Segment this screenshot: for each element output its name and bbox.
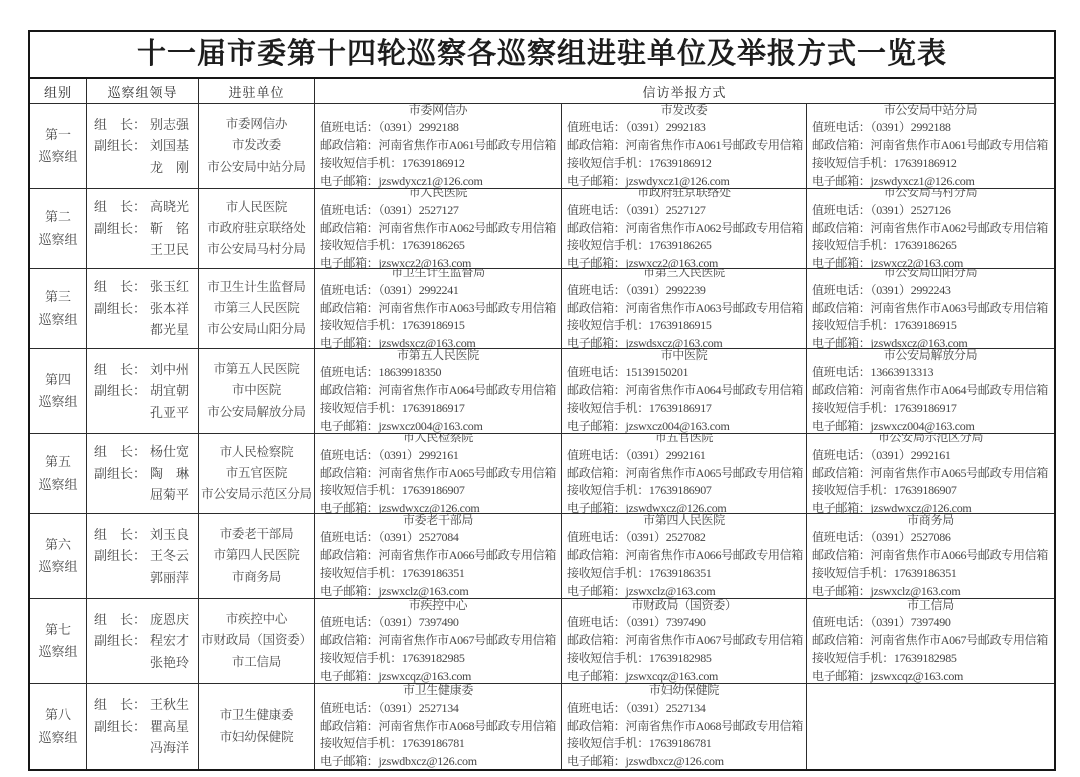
sms-value: 17639186917	[894, 401, 957, 415]
deputy-line: 龙 刚	[94, 157, 189, 178]
mail-label: 邮政信箱：	[320, 221, 379, 235]
contact-unit-name: 市委老干部局	[320, 514, 556, 529]
duty-phone-line: 值班电话：（0391）7397490	[567, 614, 801, 632]
duty-phone-line: 值班电话：（0391）2527086	[812, 529, 1049, 547]
group-name-line: 第八	[45, 704, 71, 726]
sms-value: 17639186265	[649, 238, 712, 252]
mail-value: 河南省焦作市A064号邮政专用信箱	[871, 383, 1049, 397]
group-name-line: 巡察组	[38, 391, 77, 413]
mail-value: 河南省焦作市A067号邮政专用信箱	[626, 633, 804, 647]
sms-value: 17639182985	[649, 651, 712, 665]
contact-cell: 市第三人民医院值班电话：（0391）2992239邮政信箱：河南省焦作市A063…	[562, 269, 807, 349]
phone-value: （0391）2992161	[379, 448, 459, 462]
phone-value: （0391）7397490	[379, 615, 459, 629]
sms-label: 接收短信手机：	[567, 566, 649, 580]
sms-label: 接收短信手机：	[812, 483, 894, 497]
phone-value: 18639918350	[379, 365, 442, 379]
email-label: 电子邮箱：	[567, 419, 626, 433]
phone-value: （0391）2992188	[379, 120, 459, 134]
units-cell: 市卫生健康委市妇幼保健院	[199, 684, 315, 769]
sms-phone-line: 接收短信手机：17639186907	[320, 482, 556, 500]
email-value: jzswdyxcz1@126.com	[626, 174, 730, 188]
postal-box-line: 邮政信箱：河南省焦作市A068号邮政专用信箱	[567, 718, 801, 736]
header-group: 组别	[30, 79, 87, 104]
sms-value: 17639186265	[894, 238, 957, 252]
stationed-unit-name: 市公安局解放分局	[207, 402, 305, 423]
mail-value: 河南省焦作市A062号邮政专用信箱	[379, 221, 557, 235]
phone-value: （0391）2992188	[871, 120, 951, 134]
stationed-unit-name: 市公安局示范区分局	[201, 484, 312, 505]
sms-value: 17639186907	[649, 483, 712, 497]
deputy-line: 屈菊平	[94, 484, 189, 505]
email-value: jzswdwxcz@126.com	[871, 501, 972, 514]
contact-cell: 市人民医院值班电话：（0391）2527127邮政信箱：河南省焦作市A062号邮…	[315, 189, 562, 269]
mail-label: 邮政信箱：	[812, 138, 871, 152]
contact-unit-name: 市公安局解放分局	[812, 349, 1049, 364]
group-name-line: 巡察组	[38, 474, 77, 496]
deputy-line: 张艳玲	[94, 652, 189, 673]
postal-box-line: 邮政信箱：河南省焦作市A066号邮政专用信箱	[320, 547, 556, 565]
units-cell: 市人民检察院市五官医院市公安局示范区分局	[199, 434, 315, 514]
sms-label: 接收短信手机：	[567, 651, 649, 665]
units-cell: 市卫生计生监督局市第三人民医院市公安局山阳分局	[199, 269, 315, 349]
duty-phone-line: 值班电话：（0391）7397490	[812, 614, 1049, 632]
sms-value: 17639182985	[894, 651, 957, 665]
sms-value: 17639186351	[894, 566, 957, 580]
duty-phone-line: 值班电话：（0391）2992241	[320, 282, 556, 300]
email-value: jzswxcz004@163.com	[379, 419, 483, 433]
sms-label: 接收短信手机：	[567, 401, 649, 415]
duty-phone-line: 值班电话：18639918350	[320, 364, 556, 382]
units-cell: 市委老干部局市第四人民医院市商务局	[199, 514, 315, 599]
sms-phone-line: 接收短信手机：17639182985	[567, 650, 801, 668]
sms-label: 接收短信手机：	[320, 318, 402, 332]
phone-label: 值班电话：	[567, 701, 626, 715]
contact-unit-name: 市财政局（国资委）	[567, 599, 801, 614]
leader-label: 组 长：	[94, 524, 150, 545]
sms-label: 接收短信手机：	[567, 483, 649, 497]
deputy-name: 冯海洋	[150, 740, 189, 755]
duty-phone-line: 值班电话：（0391）2527126	[812, 202, 1049, 220]
deputy-name: 胡宜朝	[150, 383, 189, 398]
phone-label: 值班电话：	[320, 701, 379, 715]
mail-value: 河南省焦作市A066号邮政专用信箱	[626, 548, 804, 562]
sms-label: 接收短信手机：	[812, 156, 894, 170]
mail-label: 邮政信箱：	[320, 548, 379, 562]
contact-cell: 市政府驻京联络处值班电话：（0391）2527127邮政信箱：河南省焦作市A06…	[562, 189, 807, 269]
email-value: jzswdwxcz@126.com	[379, 501, 480, 514]
sms-phone-line: 接收短信手机：17639186265	[812, 237, 1049, 255]
sms-label: 接收短信手机：	[567, 156, 649, 170]
email-label: 电子邮箱：	[812, 419, 871, 433]
sms-phone-line: 接收短信手机：17639182985	[812, 650, 1049, 668]
phone-value: （0391）2527086	[871, 530, 951, 544]
sms-label: 接收短信手机：	[812, 318, 894, 332]
deputy-name: 陶 琳	[150, 466, 189, 481]
contact-unit-name: 市公安局山阳分局	[812, 269, 1049, 282]
sms-phone-line: 接收短信手机：17639186917	[320, 400, 556, 418]
sms-label: 接收短信手机：	[812, 401, 894, 415]
group-cell: 第七巡察组	[30, 599, 87, 684]
leader-label: 组 长：	[94, 694, 150, 715]
email-value: jzswdyxcz1@126.com	[379, 174, 483, 188]
leader-name: 王秋生	[150, 697, 189, 712]
mail-label: 邮政信箱：	[812, 548, 871, 562]
phone-value: （0391）2527134	[379, 701, 459, 715]
stationed-unit-name: 市第四人民医院	[213, 545, 299, 566]
group-name-line: 巡察组	[38, 641, 77, 663]
sms-label: 接收短信手机：	[320, 651, 402, 665]
duty-phone-line: 值班电话：（0391）2527134	[567, 700, 801, 718]
duty-phone-line: 值班电话：15139150201	[567, 364, 801, 382]
phone-label: 值班电话：	[567, 615, 626, 629]
group-cell: 第四巡察组	[30, 349, 87, 434]
duty-phone-line: 值班电话：（0391）2992161	[567, 447, 801, 465]
group-cell: 第二巡察组	[30, 189, 87, 269]
mail-value: 河南省焦作市A065号邮政专用信箱	[379, 466, 557, 480]
stationed-unit-name: 市卫生计生监督局	[207, 277, 305, 298]
phone-label: 值班电话：	[320, 365, 379, 379]
email-value: jzswxcz004@163.com	[626, 419, 730, 433]
stationed-unit-name: 市疾控中心	[226, 609, 288, 630]
deputy-label: 副组长：	[94, 545, 150, 566]
leader-name: 高晓光	[150, 199, 189, 214]
postal-box-line: 邮政信箱：河南省焦作市A066号邮政专用信箱	[812, 547, 1049, 565]
stationed-unit-name: 市公安局山阳分局	[207, 319, 305, 340]
mail-label: 邮政信箱：	[567, 633, 626, 647]
postal-box-line: 邮政信箱：河南省焦作市A065号邮政专用信箱	[567, 465, 801, 483]
email-line: 电子邮箱：jzswdwxcz@126.com	[320, 500, 556, 514]
deputy-line: 副组长：胡宜朝	[94, 380, 189, 401]
page-title: 十一届市委第十四轮巡察各巡察组进驻单位及举报方式一览表	[30, 32, 1054, 79]
leaders-cell: 组 长：杨仕宽副组长：陶 琳屈菊平	[87, 434, 199, 514]
sms-value: 17639186781	[649, 736, 712, 750]
sms-value: 17639182985	[402, 651, 465, 665]
mail-label: 邮政信箱：	[812, 221, 871, 235]
duty-phone-line: 值班电话：（0391）2992243	[812, 282, 1049, 300]
contact-unit-name: 市人民医院	[320, 189, 556, 202]
contact-unit-name: 市五官医院	[567, 434, 801, 447]
postal-box-line: 邮政信箱：河南省焦作市A067号邮政专用信箱	[567, 632, 801, 650]
leaders-cell: 组 长：别志强副组长：刘国基龙 刚	[87, 104, 199, 189]
deputy-label: 副组长：	[94, 716, 150, 737]
contact-cell: 市第四人民医院值班电话：（0391）2527082邮政信箱：河南省焦作市A066…	[562, 514, 807, 599]
contact-unit-name: 市商务局	[812, 514, 1049, 529]
phone-label: 值班电话：	[320, 120, 379, 134]
group-name-line: 巡察组	[38, 727, 77, 749]
email-value: jzswxcqz@163.com	[626, 669, 719, 683]
email-value: jzswdyxcz1@126.com	[871, 174, 975, 188]
postal-box-line: 邮政信箱：河南省焦作市A061号邮政专用信箱	[567, 137, 801, 155]
email-line: 电子邮箱：jzswdwxcz@126.com	[567, 500, 801, 514]
postal-box-line: 邮政信箱：河南省焦作市A064号邮政专用信箱	[320, 382, 556, 400]
email-label: 电子邮箱：	[320, 174, 379, 188]
leaders-cell: 组 长：张玉红副组长：张本祥都光星	[87, 269, 199, 349]
mail-value: 河南省焦作市A063号邮政专用信箱	[379, 301, 557, 315]
deputy-name: 王卫民	[150, 242, 189, 257]
group-name-line: 第二	[45, 206, 71, 228]
duty-phone-line: 值班电话：（0391）2992183	[567, 119, 801, 137]
phone-value: （0391）2527082	[626, 530, 706, 544]
deputy-line: 副组长：张本祥	[94, 298, 189, 319]
deputy-name: 张艳玲	[150, 655, 189, 670]
group-name-line: 第七	[45, 619, 71, 641]
email-line: 电子邮箱：jzswdyxcz1@126.com	[812, 173, 1049, 189]
email-line: 电子邮箱：jzswxcz004@163.com	[812, 418, 1049, 434]
stationed-unit-name: 市卫生健康委	[220, 705, 294, 726]
leader-line: 组 长：刘中州	[94, 359, 189, 380]
units-cell: 市委网信办市发改委市公安局中站分局	[199, 104, 315, 189]
mail-label: 邮政信箱：	[812, 633, 871, 647]
email-line: 电子邮箱：jzswxclz@163.com	[320, 583, 556, 599]
deputy-name: 郭丽萍	[150, 570, 189, 585]
deputy-line: 郭丽萍	[94, 567, 189, 588]
duty-phone-line: 值班电话：（0391）2527084	[320, 529, 556, 547]
postal-box-line: 邮政信箱：河南省焦作市A065号邮政专用信箱	[812, 465, 1049, 483]
sms-value: 17639186907	[402, 483, 465, 497]
email-label: 电子邮箱：	[320, 669, 379, 683]
sms-label: 接收短信手机：	[320, 736, 402, 750]
stationed-unit-name: 市公安局中站分局	[207, 157, 305, 178]
phone-label: 值班电话：	[567, 120, 626, 134]
deputy-name: 王冬云	[150, 548, 189, 563]
contact-cell: 市工信局值班电话：（0391）7397490邮政信箱：河南省焦作市A067号邮政…	[807, 599, 1054, 684]
sms-phone-line: 接收短信手机：17639186351	[320, 565, 556, 583]
group-name-line: 第一	[45, 124, 71, 146]
sms-phone-line: 接收短信手机：17639186917	[812, 400, 1049, 418]
sms-label: 接收短信手机：	[320, 566, 402, 580]
email-value: jzswxcz2@163.com	[871, 256, 964, 269]
deputy-line: 冯海洋	[94, 737, 189, 758]
leader-name: 别志强	[150, 117, 189, 132]
email-line: 电子邮箱：jzswdbxcz@126.com	[567, 753, 801, 769]
sms-value: 17639186915	[894, 318, 957, 332]
postal-box-line: 邮政信箱：河南省焦作市A061号邮政专用信箱	[320, 137, 556, 155]
mail-label: 邮政信箱：	[567, 221, 626, 235]
phone-label: 值班电话：	[567, 448, 626, 462]
email-line: 电子邮箱：jzswdyxcz1@126.com	[320, 173, 556, 189]
email-label: 电子邮箱：	[812, 256, 871, 269]
contact-cell: 市妇幼保健院值班电话：（0391）2527134邮政信箱：河南省焦作市A068号…	[562, 684, 807, 769]
email-label: 电子邮箱：	[812, 336, 871, 349]
contact-unit-name: 市公安局马村分局	[812, 189, 1049, 202]
phone-value: （0391）2992183	[626, 120, 706, 134]
stationed-unit-name: 市公安局马村分局	[207, 239, 305, 260]
postal-box-line: 邮政信箱：河南省焦作市A067号邮政专用信箱	[812, 632, 1049, 650]
email-line: 电子邮箱：jzswdsxcz@163.com	[567, 335, 801, 349]
contact-cell: 市卫生计生监督局值班电话：（0391）2992241邮政信箱：河南省焦作市A06…	[315, 269, 562, 349]
contact-unit-name: 市人民检察院	[320, 434, 556, 447]
units-cell: 市人民医院市政府驻京联络处市公安局马村分局	[199, 189, 315, 269]
leaders-cell: 组 长：王秋生副组长：瞿高星冯海洋	[87, 684, 199, 769]
email-line: 电子邮箱：jzswxcz2@163.com	[812, 255, 1049, 269]
phone-value: （0391）2527127	[626, 203, 706, 217]
email-line: 电子邮箱：jzswdwxcz@126.com	[812, 500, 1049, 514]
sms-phone-line: 接收短信手机：17639186915	[320, 317, 556, 335]
group-cell: 第三巡察组	[30, 269, 87, 349]
postal-box-line: 邮政信箱：河南省焦作市A062号邮政专用信箱	[320, 220, 556, 238]
stationed-unit-name: 市人民检察院	[220, 442, 294, 463]
leader-label: 组 长：	[94, 609, 150, 630]
phone-label: 值班电话：	[567, 530, 626, 544]
postal-box-line: 邮政信箱：河南省焦作市A067号邮政专用信箱	[320, 632, 556, 650]
stationed-unit-name: 市工信局	[232, 652, 281, 673]
email-line: 电子邮箱：jzswdsxcz@163.com	[812, 335, 1049, 349]
deputy-label: 副组长：	[94, 380, 150, 401]
mail-label: 邮政信箱：	[567, 466, 626, 480]
contact-cell: 市五官医院值班电话：（0391）2992161邮政信箱：河南省焦作市A065号邮…	[562, 434, 807, 514]
email-label: 电子邮箱：	[320, 419, 379, 433]
group-name-line: 巡察组	[38, 146, 77, 168]
mail-value: 河南省焦作市A066号邮政专用信箱	[379, 548, 557, 562]
contact-cell: 市商务局值班电话：（0391）2527086邮政信箱：河南省焦作市A066号邮政…	[807, 514, 1054, 599]
sms-label: 接收短信手机：	[320, 156, 402, 170]
email-label: 电子邮箱：	[320, 336, 379, 349]
contact-cell: 市财政局（国资委）值班电话：（0391）7397490邮政信箱：河南省焦作市A0…	[562, 599, 807, 684]
leader-line: 组 长：庞恩庆	[94, 609, 189, 630]
leaders-cell: 组 长：高晓光副组长：靳 铭王卫民	[87, 189, 199, 269]
leader-line: 组 长：杨仕宽	[94, 441, 189, 462]
mail-label: 邮政信箱：	[320, 138, 379, 152]
duty-phone-line: 值班电话：（0391）7397490	[320, 614, 556, 632]
phone-value: （0391）2992161	[626, 448, 706, 462]
email-label: 电子邮箱：	[812, 584, 871, 598]
stationed-unit-name: 市人民医院	[226, 197, 288, 218]
inspection-overview-sheet: 十一届市委第十四轮巡察各巡察组进驻单位及举报方式一览表 组别 巡察组领导 进驻单…	[28, 30, 1056, 771]
phone-label: 值班电话：	[320, 615, 379, 629]
mail-label: 邮政信箱：	[320, 719, 379, 733]
sms-phone-line: 接收短信手机：17639186265	[567, 237, 801, 255]
contact-unit-name: 市第三人民医院	[567, 269, 801, 282]
phone-label: 值班电话：	[812, 365, 871, 379]
sms-label: 接收短信手机：	[320, 483, 402, 497]
mail-label: 邮政信箱：	[567, 719, 626, 733]
sms-value: 17639186907	[894, 483, 957, 497]
leader-line: 组 长：刘玉良	[94, 524, 189, 545]
stationed-unit-name: 市商务局	[232, 567, 281, 588]
phone-label: 值班电话：	[812, 283, 871, 297]
sms-value: 17639186351	[402, 566, 465, 580]
contact-unit-name: 市工信局	[812, 599, 1049, 614]
stationed-unit-name: 市第五人民医院	[213, 359, 299, 380]
leader-label: 组 长：	[94, 114, 150, 135]
sms-phone-line: 接收短信手机：17639186912	[567, 155, 801, 173]
postal-box-line: 邮政信箱：河南省焦作市A063号邮政专用信箱	[567, 300, 801, 318]
email-label: 电子邮箱：	[320, 256, 379, 269]
sms-label: 接收短信手机：	[812, 238, 894, 252]
header-report-method: 信访举报方式	[315, 79, 1054, 104]
sms-label: 接收短信手机：	[567, 238, 649, 252]
email-value: jzswdwxcz@126.com	[626, 501, 727, 514]
phone-label: 值班电话：	[320, 203, 379, 217]
phone-label: 值班电话：	[320, 283, 379, 297]
leader-label: 组 长：	[94, 441, 150, 462]
email-line: 电子邮箱：jzswxclz@163.com	[567, 583, 801, 599]
phone-value: （0391）2992243	[871, 283, 951, 297]
mail-label: 邮政信箱：	[567, 301, 626, 315]
phone-value: （0391）2527126	[871, 203, 951, 217]
group-name-line: 巡察组	[38, 556, 77, 578]
group-cell: 第五巡察组	[30, 434, 87, 514]
mail-label: 邮政信箱：	[812, 383, 871, 397]
phone-label: 值班电话：	[567, 203, 626, 217]
contact-cell: 市公安局马村分局值班电话：（0391）2527126邮政信箱：河南省焦作市A06…	[807, 189, 1054, 269]
sms-label: 接收短信手机：	[320, 238, 402, 252]
contact-cell: 市公安局山阳分局值班电话：（0391）2992243邮政信箱：河南省焦作市A06…	[807, 269, 1054, 349]
leader-line: 组 长：别志强	[94, 114, 189, 135]
deputy-name: 程宏才	[150, 633, 189, 648]
email-label: 电子邮箱：	[320, 501, 379, 514]
phone-value: （0391）2992161	[871, 448, 951, 462]
email-line: 电子邮箱：jzswxclz@163.com	[812, 583, 1049, 599]
mail-value: 河南省焦作市A068号邮政专用信箱	[626, 719, 804, 733]
deputy-name: 孔亚平	[150, 405, 189, 420]
sms-phone-line: 接收短信手机：17639186907	[567, 482, 801, 500]
group-cell: 第六巡察组	[30, 514, 87, 599]
duty-phone-line: 值班电话：（0391）2992161	[812, 447, 1049, 465]
contact-cell: 市委老干部局值班电话：（0391）2527084邮政信箱：河南省焦作市A066号…	[315, 514, 562, 599]
duty-phone-line: 值班电话：（0391）2992239	[567, 282, 801, 300]
sms-phone-line: 接收短信手机：17639186912	[320, 155, 556, 173]
postal-box-line: 邮政信箱：河南省焦作市A061号邮政专用信箱	[812, 137, 1049, 155]
sms-value: 17639186915	[402, 318, 465, 332]
contact-unit-name: 市公安局示范区分局	[812, 434, 1049, 447]
mail-value: 河南省焦作市A067号邮政专用信箱	[379, 633, 557, 647]
group-cell: 第一巡察组	[30, 104, 87, 189]
contact-cell: 市委网信办值班电话：（0391）2992188邮政信箱：河南省焦作市A061号邮…	[315, 104, 562, 189]
contact-unit-name: 市委网信办	[320, 104, 556, 119]
phone-label: 值班电话：	[812, 448, 871, 462]
stationed-unit-name: 市委老干部局	[220, 524, 294, 545]
contact-cell: 市中医院值班电话：15139150201邮政信箱：河南省焦作市A064号邮政专用…	[562, 349, 807, 434]
email-line: 电子邮箱：jzswdyxcz1@126.com	[567, 173, 801, 189]
sms-label: 接收短信手机：	[812, 651, 894, 665]
group-name-line: 第四	[45, 369, 71, 391]
stationed-unit-name: 市第三人民医院	[213, 298, 299, 319]
phone-value: （0391）2992239	[626, 283, 706, 297]
contact-unit-name: 市第四人民医院	[567, 514, 801, 529]
inspection-table: 组别 巡察组领导 进驻单位 信访举报方式 第一巡察组组 长：别志强副组长：刘国基…	[30, 79, 1054, 769]
email-value: jzswxcqz@163.com	[871, 669, 964, 683]
deputy-line: 副组长：程宏才	[94, 630, 189, 651]
sms-phone-line: 接收短信手机：17639186781	[567, 735, 801, 753]
contact-unit-name: 市第五人民医院	[320, 349, 556, 364]
mail-label: 邮政信箱：	[320, 633, 379, 647]
phone-label: 值班电话：	[812, 203, 871, 217]
email-value: jzswdsxcz@163.com	[626, 336, 723, 349]
duty-phone-line: 值班电话：（0391）2992161	[320, 447, 556, 465]
leaders-cell: 组 长：庞恩庆副组长：程宏才张艳玲	[87, 599, 199, 684]
sms-value: 17639186912	[649, 156, 712, 170]
email-value: jzswdbxcz@126.com	[379, 754, 477, 768]
email-line: 电子邮箱：jzswxcz004@163.com	[567, 418, 801, 434]
leader-name: 刘玉良	[150, 527, 189, 542]
duty-phone-line: 值班电话：13663913313	[812, 364, 1049, 382]
sms-phone-line: 接收短信手机：17639186351	[567, 565, 801, 583]
group-name-line: 第五	[45, 451, 71, 473]
postal-box-line: 邮政信箱：河南省焦作市A063号邮政专用信箱	[320, 300, 556, 318]
leader-label: 组 长：	[94, 359, 150, 380]
stationed-unit-name: 市妇幼保健院	[220, 727, 294, 748]
email-value: jzswxcz004@163.com	[871, 419, 975, 433]
phone-value: （0391）2527084	[379, 530, 459, 544]
email-line: 电子邮箱：jzswdbxcz@126.com	[320, 753, 556, 769]
units-cell: 市疾控中心市财政局（国资委）市工信局	[199, 599, 315, 684]
email-line: 电子邮箱：jzswxcqz@163.com	[812, 668, 1049, 684]
contact-cell: 市公安局示范区分局值班电话：（0391）2992161邮政信箱：河南省焦作市A0…	[807, 434, 1054, 514]
deputy-name: 张本祥	[150, 301, 189, 316]
leader-name: 庞恩庆	[150, 612, 189, 627]
